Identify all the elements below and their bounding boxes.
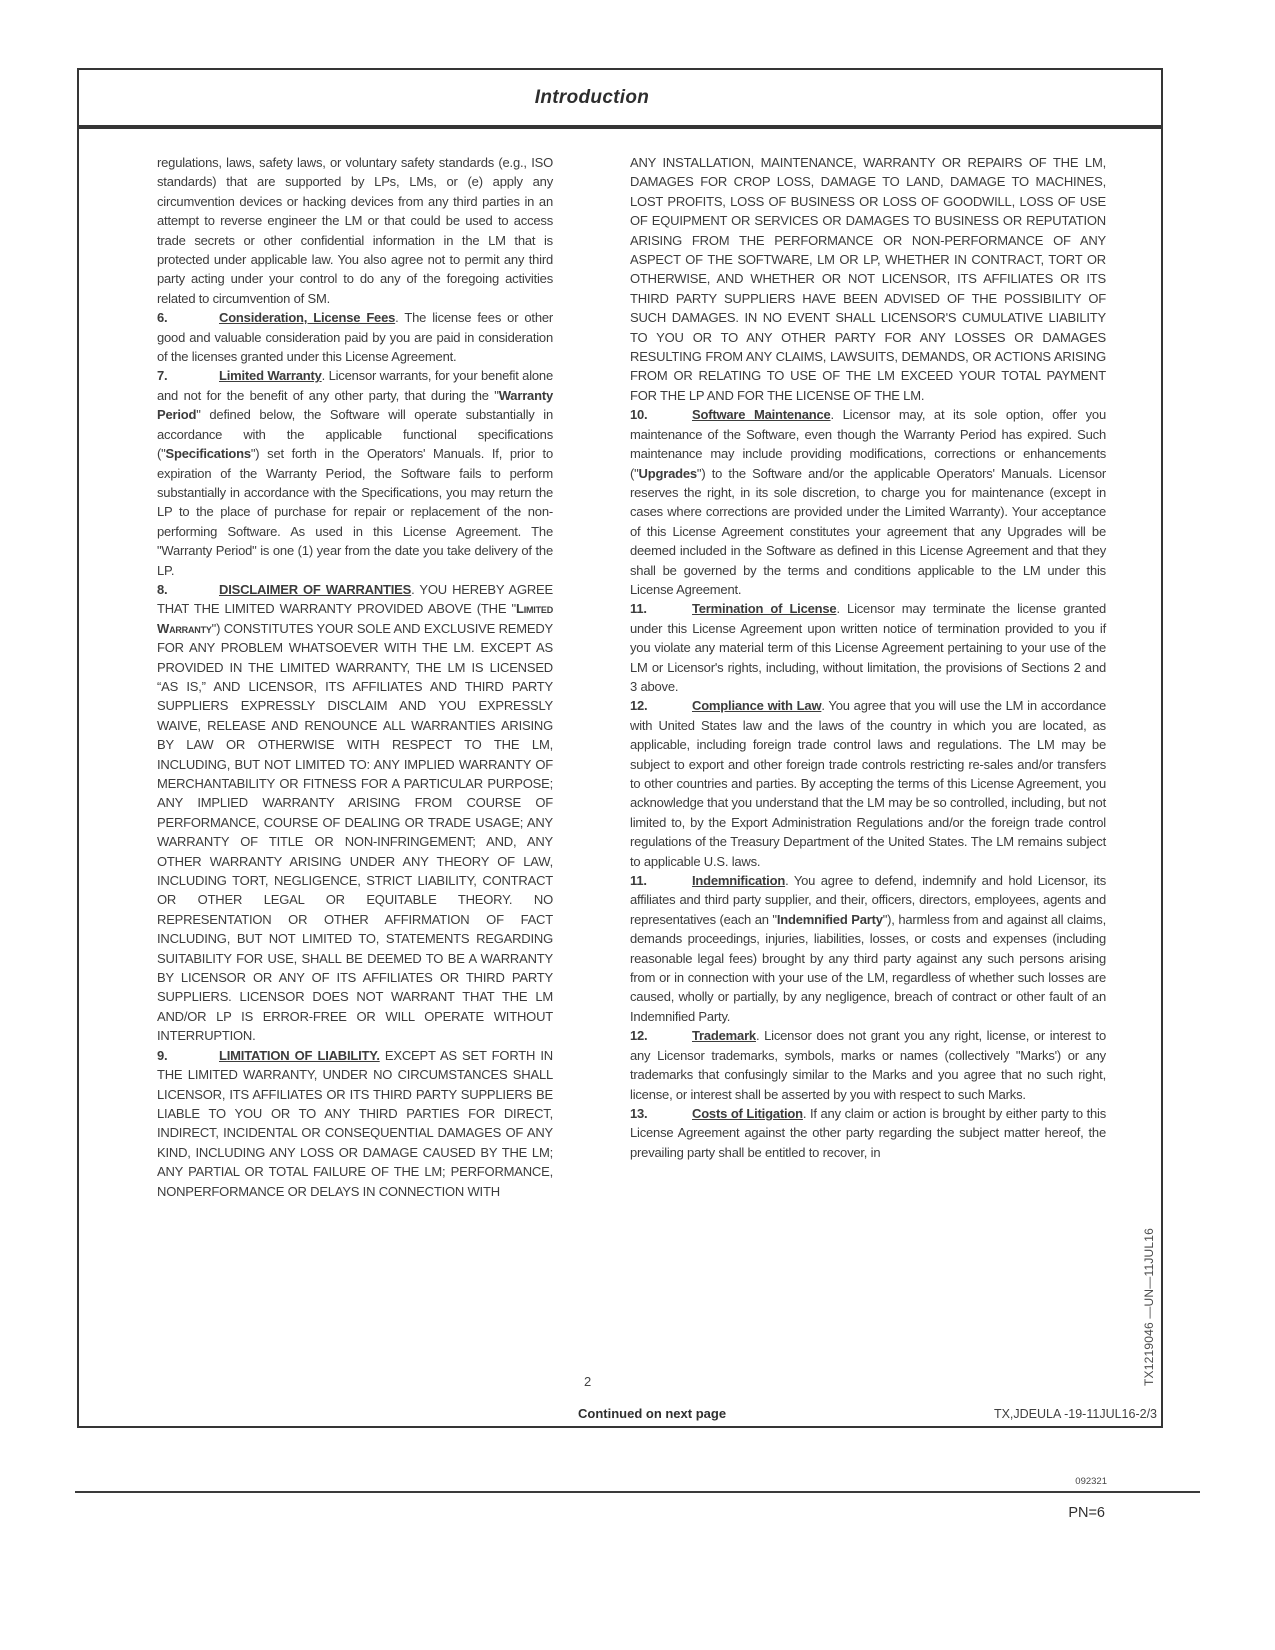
paragraph: 11.Termination of License. Licensor may …	[630, 599, 1106, 696]
section-heading: Consideration, License Fees	[219, 310, 395, 325]
left-column: regulations, laws, safety laws, or volun…	[157, 153, 553, 1201]
header-box: Introduction	[77, 68, 1163, 127]
section-heading: Limited Warranty	[219, 368, 322, 383]
section-heading: DISCLAIMER OF WARRANTIES	[219, 582, 411, 597]
section-number: 10.	[630, 405, 692, 424]
main-text-box: regulations, laws, safety laws, or volun…	[77, 127, 1163, 1428]
paragraph: regulations, laws, safety laws, or volun…	[157, 153, 553, 308]
section-number: 11.	[630, 871, 692, 890]
section-number: 8.	[157, 580, 219, 599]
paragraph: 6.Consideration, License Fees. The licen…	[157, 308, 553, 366]
paragraph: 13.Costs of Litigation. If any claim or …	[630, 1104, 1106, 1162]
section-heading: Compliance with Law	[692, 698, 821, 713]
section-heading: Indemnification	[692, 873, 785, 888]
section-heading: Termination of License	[692, 601, 836, 616]
right-column: ANY INSTALLATION, MAINTENANCE, WARRANTY …	[630, 153, 1106, 1162]
section-number: 7.	[157, 366, 219, 385]
document-code: TX,JDEULA -19-11JUL16-2/3	[994, 1407, 1157, 1421]
section-heading: Software Maintenance	[692, 407, 831, 422]
body-text: . You agree that you will use the LM in …	[630, 698, 1106, 868]
body-text: Upgrades	[639, 466, 697, 481]
margin-vertical-code: TX1219046 —UN—11JUL16	[1142, 1228, 1156, 1386]
print-code: 092321	[1075, 1476, 1107, 1487]
body-text: ") to the Software and/or the applicable…	[630, 466, 1106, 597]
paragraph: 10.Software Maintenance. Licensor may, a…	[630, 405, 1106, 599]
section-number: 11.	[630, 599, 692, 618]
body-text: ") set forth in the Operators' Manuals. …	[157, 446, 553, 577]
pn-number: PN=6	[1068, 1505, 1105, 1521]
body-text: Indemnified Party	[777, 912, 883, 927]
paragraph: 11.Indemnification. You agree to defend,…	[630, 871, 1106, 1026]
body-text: Specifications	[166, 446, 251, 461]
page-title: Introduction	[535, 87, 649, 109]
paragraph: 8.DISCLAIMER OF WARRANTIES. YOU HEREBY A…	[157, 580, 553, 1046]
page-number: 2	[584, 1374, 591, 1389]
body-text: ") CONSTITUTES YOUR SOLE AND EXCLUSIVE R…	[157, 621, 553, 1044]
body-text: ANY INSTALLATION, MAINTENANCE, WARRANTY …	[630, 155, 1106, 403]
bottom-rule	[75, 1491, 1200, 1493]
body-text: EXCEPT AS SET FORTH IN THE LIMITED WARRA…	[157, 1048, 553, 1199]
section-number: 12.	[630, 696, 692, 715]
section-heading: Trademark	[692, 1028, 756, 1043]
section-number: 13.	[630, 1104, 692, 1123]
section-number: 12.	[630, 1026, 692, 1045]
paragraph: 7.Limited Warranty. Licensor warrants, f…	[157, 366, 553, 579]
section-number: 9.	[157, 1046, 219, 1065]
paragraph: 9.LIMITATION OF LIABILITY. EXCEPT AS SET…	[157, 1046, 553, 1201]
section-heading: Costs of Litigation	[692, 1106, 803, 1121]
paragraph: ANY INSTALLATION, MAINTENANCE, WARRANTY …	[630, 153, 1106, 405]
section-number: 6.	[157, 308, 219, 327]
continued-note: Continued on next page	[578, 1406, 726, 1421]
section-heading: LIMITATION OF LIABILITY.	[219, 1048, 380, 1063]
body-text: regulations, laws, safety laws, or volun…	[157, 155, 553, 306]
paragraph: 12.Trademark. Licensor does not grant yo…	[630, 1026, 1106, 1104]
paragraph: 12.Compliance with Law. You agree that y…	[630, 696, 1106, 871]
scanned-document-page: { "page": { "header_title": "Introductio…	[0, 0, 1275, 1650]
body-text: "), harmless from and against all claims…	[630, 912, 1106, 1024]
